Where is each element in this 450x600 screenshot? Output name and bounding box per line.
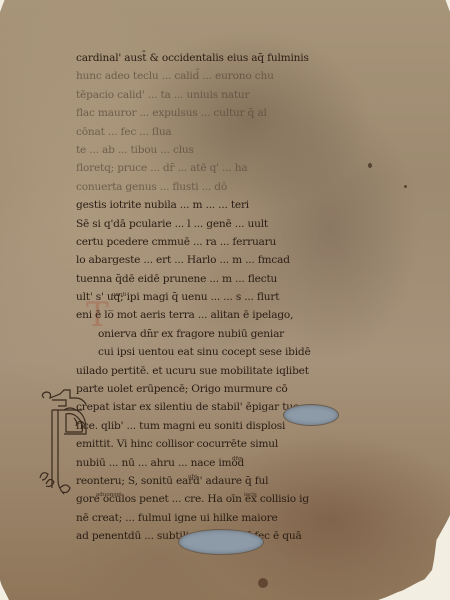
text-line: uilado pertitē. et ucuru sue mobilitate …: [76, 362, 366, 380]
text-line: gestis iotrite nubila ... m ... ... teri: [76, 196, 366, 214]
text-line: Sē si q'dā pcularie ... l ... genē ... u…: [76, 215, 366, 233]
text-line: nubiū ... nū ... ahru ... nace imod: [76, 454, 366, 472]
text-line: nē creat; ... fulmul igne ui hilke maior…: [76, 509, 366, 527]
interlinear-gloss: dn̄r: [232, 456, 242, 462]
text-line: cui ipsi uentou eat sinu cocept sese ibi…: [76, 343, 366, 361]
interlinear-gloss: aduonogi: [96, 492, 122, 498]
parchment-hole: [178, 529, 264, 555]
interlinear-gloss: ubi: [188, 474, 197, 480]
ink-spot: [404, 185, 407, 188]
text-line: certu pcedere cmmuē ... ra ... ferruaru: [76, 233, 366, 251]
text-line: reonteru; S, sonitū eard' adaure q̄ ful: [76, 472, 366, 490]
decorated-initial-p: [36, 388, 96, 500]
ink-spot: [368, 163, 372, 168]
parchment-hole: [283, 404, 339, 426]
stain-spot: [258, 578, 268, 588]
interlinear-gloss: iacis: [244, 492, 257, 498]
text-line: te ... ab ... tibou ... clus: [76, 141, 366, 159]
text-line: tēpacio calid' ... ta ... uniuis natur: [76, 86, 366, 104]
text-line: flac mauror ... expulsus ... cultur q̄ a…: [76, 104, 366, 122]
text-line: eni ē lo̅ mot aeris terra ... alitan ē i…: [76, 306, 366, 324]
text-line: emittit. Vi hinc collisor cocurrēte simu…: [76, 435, 366, 453]
text-line: parte uolet erūpencē; Origo murmure cō: [76, 380, 366, 398]
text-line: floretq; pruce ... dr̄ ... atē q' ... ha: [76, 159, 366, 177]
text-line: lo abargeste ... ert ... Harlo ... m ...…: [76, 251, 366, 269]
text-line: cōnat ... fec ... ſlua: [76, 123, 366, 141]
text-line: hunc adeo teclu ... calid̄ ... eurono ch…: [76, 67, 366, 85]
text-line: onierva dn̄r ex fragore nubiū geniar: [76, 325, 366, 343]
text-line: tuenna q̄dē eidē prunene ... m ... flect…: [76, 270, 366, 288]
text-line: cardinal' aust̄ & occidentalis eius aq̄ …: [76, 49, 366, 67]
interlinear-gloss: uenti: [112, 292, 126, 298]
text-line: conuerta genus ... flusti ... dō: [76, 178, 366, 196]
